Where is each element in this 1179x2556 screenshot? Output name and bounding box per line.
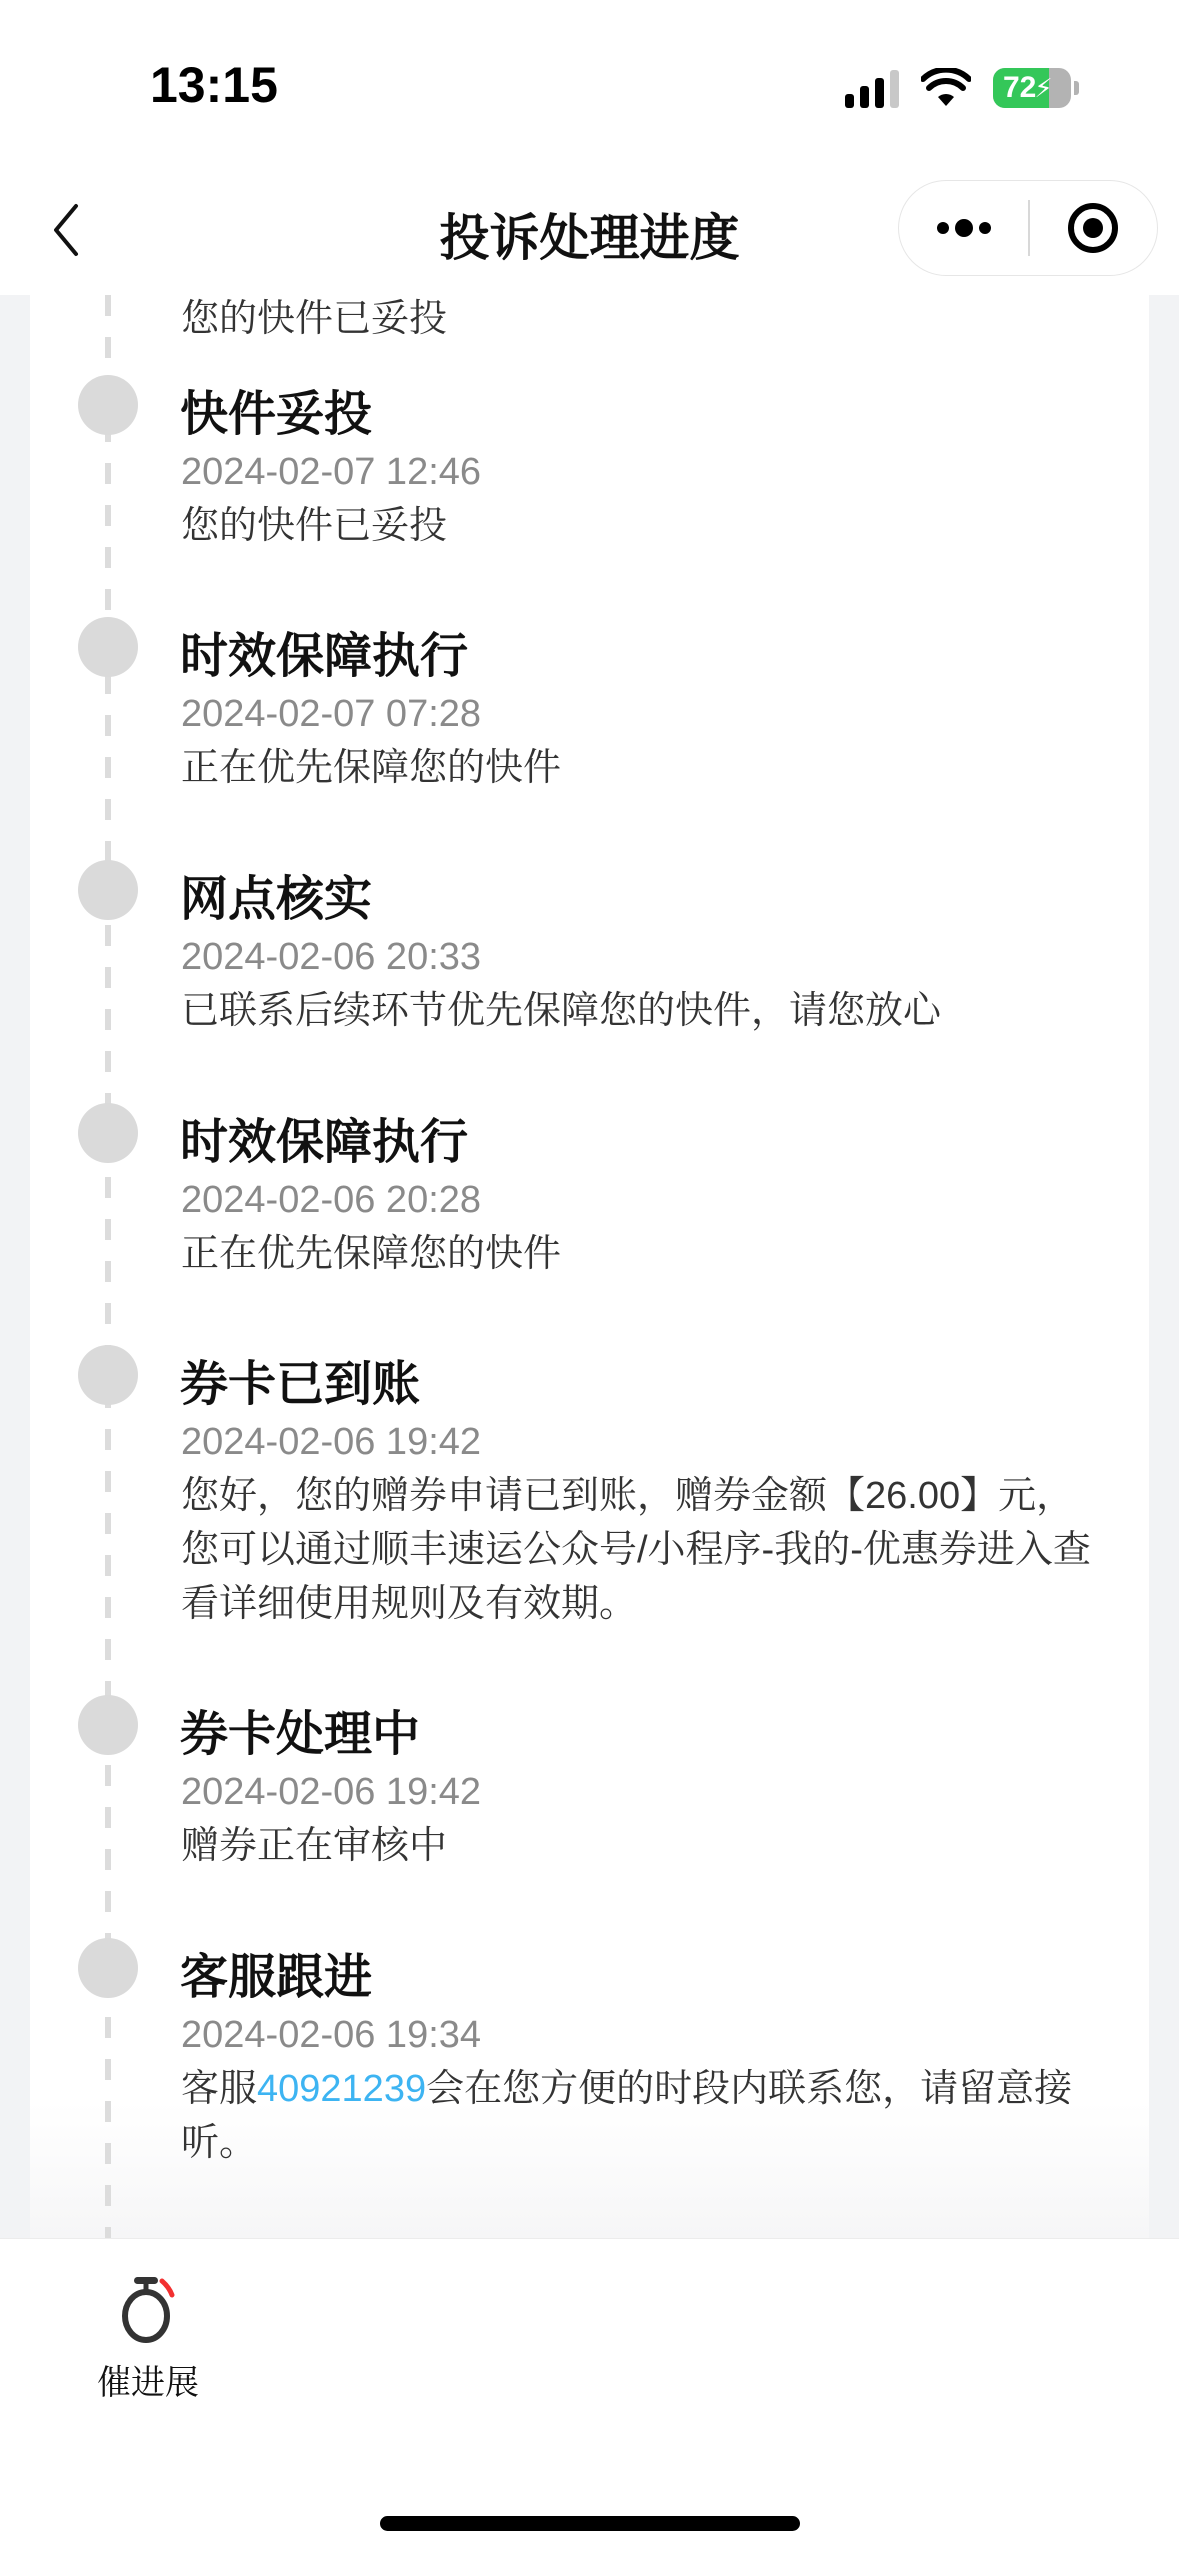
timeline-title: 时效保障执行 (180, 617, 468, 686)
timeline-title: 快件妥投 (180, 375, 372, 444)
timeline-time: 2024-02-07 12:46 (181, 451, 481, 494)
bottom-action-bar: 催进展 (0, 2238, 1179, 2556)
timeline-time: 2024-02-06 19:42 (181, 1771, 481, 1814)
timeline-desc: 正在优先保障您的快件 (181, 741, 1111, 795)
timeline-title: 客服跟进 (180, 1938, 372, 2007)
timeline-time: 2024-02-07 07:28 (181, 693, 481, 736)
timeline-title: 网点核实 (180, 860, 372, 929)
target-circle-icon (1065, 200, 1121, 256)
battery-percent: 72 (993, 71, 1036, 105)
more-dots-icon-center (955, 219, 973, 237)
stopwatch-icon (114, 2275, 184, 2345)
agent-id-link[interactable]: 40921239 (257, 2068, 426, 2110)
bolt-icon: ⚡ (1034, 73, 1052, 104)
timeline-dot-icon (78, 1345, 138, 1405)
timeline-time: 2024-02-06 19:42 (181, 1421, 481, 1464)
timeline-dot-icon (78, 1695, 138, 1755)
timeline-time: 2024-02-06 20:28 (181, 1179, 481, 1222)
timeline-title: 券卡已到账 (180, 1345, 420, 1414)
status-time: 13:15 (150, 56, 278, 114)
timeline-desc: 您的快件已妥投 (181, 499, 1111, 553)
progress-card[interactable]: 您的快件已妥投 快件妥投 2024-02-07 12:46 您的快件已妥投 时效… (30, 295, 1149, 2238)
wifi-icon (921, 68, 971, 108)
status-icons: 72 ⚡ (845, 64, 1079, 112)
home-indicator[interactable] (380, 2516, 800, 2531)
mini-program-capsule (898, 180, 1158, 276)
more-dots-icon (937, 222, 949, 234)
screen: 13:15 72 ⚡ (0, 0, 1179, 2556)
desc-prefix: 客服 (181, 2068, 257, 2110)
timeline-desc: 已联系后续环节优先保障您的快件，请您放心 (181, 984, 1111, 1038)
nav-bar: 投诉处理进度 (0, 170, 1179, 295)
more-button[interactable] (899, 181, 1028, 275)
battery-charging-icon: 72 ⚡ (993, 68, 1079, 108)
timeline-title: 券卡处理中 (180, 1695, 420, 1764)
partial-item-text: 您的快件已妥投 (181, 295, 447, 342)
timeline-time: 2024-02-06 19:34 (181, 2014, 481, 2057)
urge-progress-label: 催进展 (88, 2355, 208, 2404)
status-bar: 13:15 72 ⚡ (0, 0, 1179, 170)
timeline-dot-icon (78, 860, 138, 920)
timeline-dot-icon (78, 375, 138, 435)
timeline-title: 时效保障执行 (180, 1103, 468, 1172)
timeline-time: 2024-02-06 20:33 (181, 936, 481, 979)
timeline-dot-icon (78, 1103, 138, 1163)
timeline-dot-icon (78, 1938, 138, 1998)
timeline-desc: 您好，您的赠券申请已到账，赠券金额【26.00】元，您可以通过顺丰速运公众号/小… (181, 1469, 1111, 1631)
urge-progress-button[interactable]: 催进展 (88, 2275, 208, 2395)
signal-icon (845, 68, 899, 108)
timeline-desc: 客服40921239会在您方便的时段内联系您，请留意接听。 (181, 2062, 1111, 2170)
timeline-dot-icon (78, 617, 138, 677)
timeline-desc: 正在优先保障您的快件 (181, 1227, 1111, 1281)
timeline-desc: 赠券正在审核中 (181, 1819, 1111, 1873)
close-miniprogram-button[interactable] (1030, 181, 1157, 275)
more-dots-icon-right (979, 222, 991, 234)
